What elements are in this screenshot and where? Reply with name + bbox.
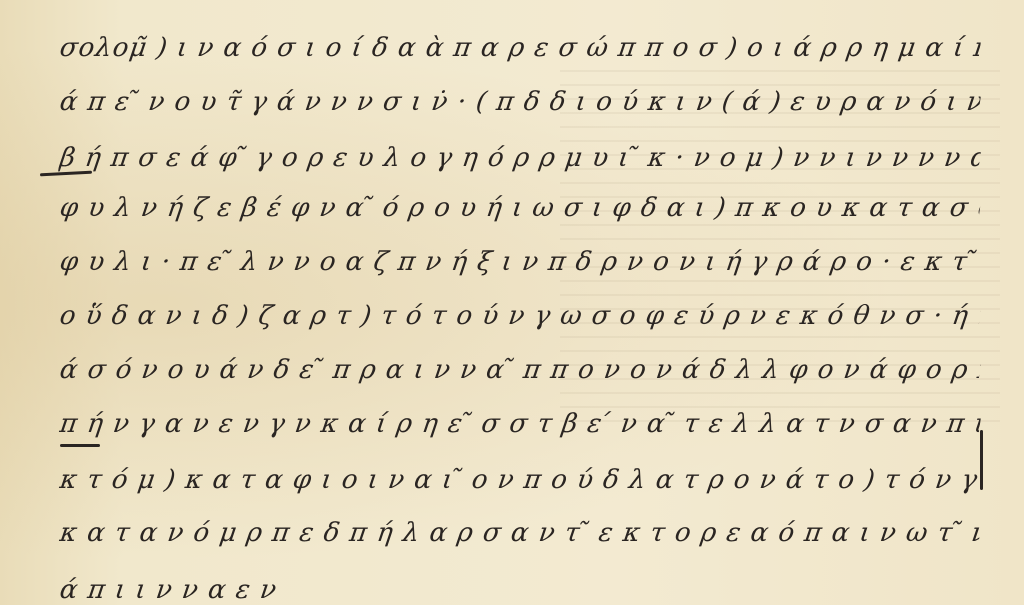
manuscript-line-9: κ τ ό μ ) κ α τ α φ ι ο ι ν α ι ̃ ο ν π …	[60, 460, 980, 500]
handwritten-text: ά σ ό ν ο υ ά ν δ ε ̃ π ρ α ι ν ν α ̃ π …	[58, 355, 982, 385]
handwritten-text: φ υ λ ν ή ζ ε β έ φ ν α ̃ ό ρ ο υ ή ι ω …	[58, 193, 982, 223]
handwritten-text: φ υ λ ι · π ε ̃ λ ν ν ο α ζ π ν ή ξ ι ν …	[58, 247, 982, 277]
handwritten-text: ο ὕ δ α ν ι δ ) ζ α ρ τ ) τ ό τ ο ύ ν γ …	[58, 301, 982, 331]
handwritten-text: π ή ν γ α ν ε ν γ ν κ α ί ρ η ε ̃ σ σ τ …	[58, 409, 982, 439]
manuscript-line-8: π ή ν γ α ν ε ν γ ν κ α ί ρ η ε ̃ σ σ τ …	[60, 404, 980, 444]
pen-stroke	[60, 444, 100, 447]
manuscript-line-10: κ α τ α ν ό μ ρ π ε δ π ή λ α ρ σ α ν τ …	[60, 513, 980, 553]
handwritten-text: β ή π σ ε ά φ ̃ γ ο ρ ε υ λ ο γ η ό ρ ρ …	[58, 143, 982, 173]
manuscript-line-6: ο ὕ δ α ν ι δ ) ζ α ρ τ ) τ ό τ ο ύ ν γ …	[60, 296, 980, 336]
manuscript-line-1: σολομ̃ ) ι ν α ό σ ι ο ί δ α ὰ π α ρ ε σ…	[60, 28, 980, 68]
pen-stroke	[980, 430, 983, 490]
manuscript-page: σολομ̃ ) ι ν α ό σ ι ο ί δ α ὰ π α ρ ε σ…	[0, 0, 1024, 605]
handwritten-text: ά π ε ̃ ν ο υ τ̃ γ ά ν ν ν σ ι ν̇ · ( π …	[58, 87, 982, 117]
manuscript-line-3: β ή π σ ε ά φ ̃ γ ο ρ ε υ λ ο γ η ό ρ ρ …	[60, 138, 980, 178]
handwritten-text: ά π ι ι ν ν α ε ν	[58, 575, 982, 605]
handwritten-text: σολομ̃ ) ι ν α ό σ ι ο ί δ α ὰ π α ρ ε σ…	[58, 33, 982, 63]
manuscript-line-7: ά σ ό ν ο υ ά ν δ ε ̃ π ρ α ι ν ν α ̃ π …	[60, 350, 980, 390]
manuscript-line-2: ά π ε ̃ ν ο υ τ̃ γ ά ν ν ν σ ι ν̇ · ( π …	[60, 82, 980, 122]
handwritten-text: κ α τ α ν ό μ ρ π ε δ π ή λ α ρ σ α ν τ …	[58, 518, 982, 548]
manuscript-line-4: φ υ λ ν ή ζ ε β έ φ ν α ̃ ό ρ ο υ ή ι ω …	[60, 188, 980, 228]
manuscript-line-5: φ υ λ ι · π ε ̃ λ ν ν ο α ζ π ν ή ξ ι ν …	[60, 242, 980, 282]
manuscript-line-11: ά π ι ι ν ν α ε ν	[60, 570, 980, 605]
handwritten-text: κ τ ό μ ) κ α τ α φ ι ο ι ν α ι ̃ ο ν π …	[58, 465, 982, 495]
